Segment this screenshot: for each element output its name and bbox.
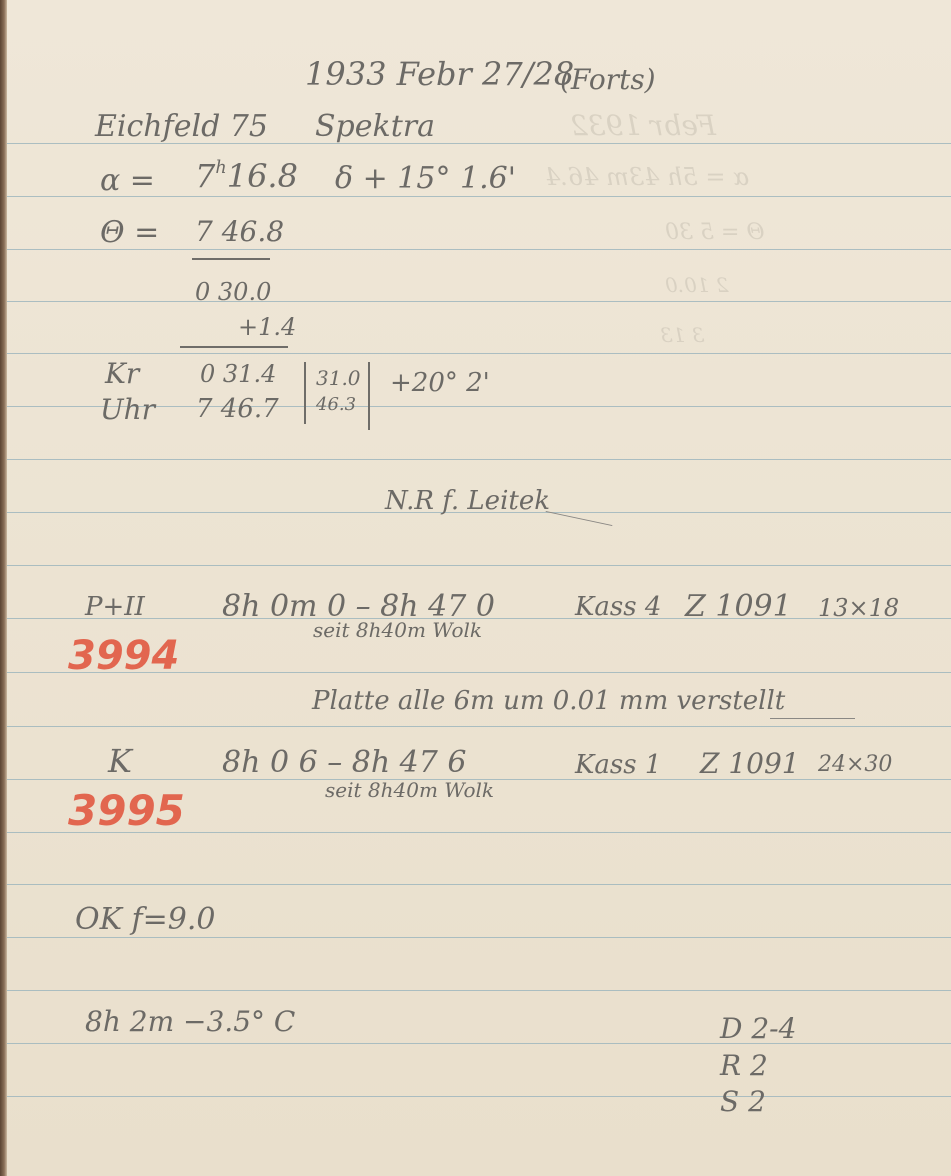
uhr-label: Uhr [100, 396, 155, 424]
exposure-time-range: 8h 0 6 – 8h 47 6 [222, 748, 466, 778]
ruled-line [7, 459, 951, 460]
show-through-text: Θ = 5 30 [665, 222, 764, 244]
focus-note: OK f=9.0 [75, 905, 216, 935]
ruled-line [7, 937, 951, 938]
show-through-text: α = 5h 43m 46.4 [545, 165, 749, 189]
plate-size: 13×18 [818, 596, 899, 620]
show-through-text: 3 13 [660, 325, 705, 345]
calculation-correction: +1.4 [238, 315, 296, 339]
ruled-line [7, 884, 951, 885]
declination-value: δ + 15° 1.6' [335, 164, 516, 194]
alpha-value: 7h16.8 [195, 160, 298, 192]
show-through-text: 2 10.0 [665, 275, 729, 295]
uhr-value: 7 46.7 [196, 396, 279, 422]
alpha-minutes: 16.8 [227, 157, 298, 195]
object-title: Eichfeld 75 [95, 112, 268, 142]
plate-shift-note: Platte alle 6m um 0.01 mm verstellt [312, 688, 785, 714]
seeing-d: D 2-4 [720, 1015, 796, 1043]
ruled-line [7, 565, 951, 566]
entry-continuation-note: (Forts) [560, 66, 656, 94]
hours-unit: h [215, 158, 226, 178]
ruled-line [7, 301, 951, 302]
object-subtitle: Spektra [315, 112, 435, 142]
ruled-line [7, 726, 951, 727]
plate-type: Z 1091 [700, 750, 800, 778]
instrument-label: P+II [85, 594, 145, 620]
alpha-label: α = [100, 166, 155, 196]
notebook-binding-edge [0, 0, 7, 1176]
cassette: Kass 4 [575, 594, 661, 620]
plate-type: Z 1091 [685, 592, 792, 622]
bracket-value: 31.0 [316, 368, 361, 388]
seeing-r: R 2 [720, 1052, 768, 1080]
cassette: Kass 1 [575, 752, 661, 778]
bracket-left [304, 362, 306, 424]
section-heading: N.R f. Leitek [385, 488, 550, 514]
note-underline [770, 718, 855, 719]
underline [192, 258, 270, 260]
ruled-line [7, 1043, 951, 1044]
plate-number: 3994 [68, 636, 179, 676]
ruled-line [7, 990, 951, 991]
declination-setting: +20° 2' [390, 370, 490, 396]
kr-value: 0 31.4 [200, 362, 276, 386]
alpha-hours: 7 [195, 157, 215, 195]
plate-size: 24×30 [818, 754, 892, 776]
exposure-remark: seit 8h40m Wolk [325, 780, 494, 800]
seeing-s: S 2 [720, 1088, 766, 1116]
bracket-right [368, 362, 370, 430]
bracket-value: 46.3 [316, 396, 356, 414]
theta-value: 7 46.8 [195, 218, 284, 246]
show-through-text: Febr 1932 [570, 112, 716, 140]
ruled-line [7, 1096, 951, 1097]
heading-flourish [546, 511, 613, 526]
theta-label: Θ = [100, 218, 159, 248]
temperature-note: 8h 2m −3.5° C [85, 1008, 295, 1036]
plate-number: 3995 [68, 790, 185, 832]
calculation-line: 0 30.0 [195, 280, 271, 304]
sum-line [180, 346, 288, 348]
notebook-page: Febr 1932 α = 5h 43m 46.4 Θ = 5 30 2 10.… [0, 0, 951, 1176]
kr-label: Kr [105, 360, 139, 388]
ruled-line [7, 353, 951, 354]
instrument-label: K [108, 745, 132, 777]
exposure-remark: seit 8h40m Wolk [313, 620, 482, 640]
entry-date: 1933 Febr 27/28 [305, 58, 574, 90]
